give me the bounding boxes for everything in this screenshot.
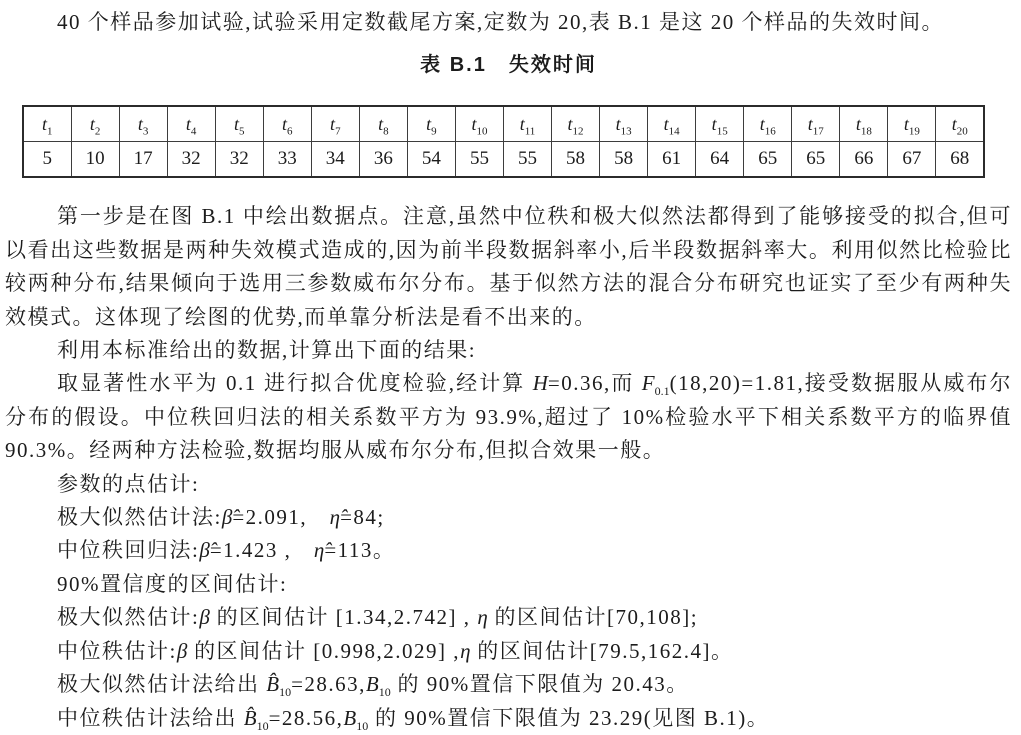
paragraph: 极大似然估计:β 的区间估计 [1.34,2.742] , η 的区间估计[70… bbox=[5, 601, 1012, 634]
paragraph: 参数的点估计: bbox=[5, 468, 1012, 501]
table-value-cell: 36 bbox=[359, 142, 407, 178]
table-header-cell: t18 bbox=[840, 106, 888, 142]
table-value-cell: 65 bbox=[792, 142, 840, 178]
table-header-cell: t19 bbox=[888, 106, 936, 142]
table-header-cell: t11 bbox=[503, 106, 551, 142]
table-header-cell: t3 bbox=[119, 106, 167, 142]
paragraph: 极大似然估计法:β̂=2.091, η̂=84; bbox=[5, 501, 1012, 534]
table-header-cell: t7 bbox=[311, 106, 359, 142]
table-value-cell: 68 bbox=[936, 142, 984, 178]
paragraph: 极大似然估计法给出 B̂10=28.63,B10 的 90%置信下限值为 20.… bbox=[5, 668, 1012, 701]
math-symbol: B10 bbox=[343, 706, 368, 730]
table-value-cell: 65 bbox=[744, 142, 792, 178]
table-value-cell: 61 bbox=[648, 142, 696, 178]
table-value-cell: 55 bbox=[455, 142, 503, 178]
paragraph: 取显著性水平为 0.1 进行拟合优度检验,经计算 H=0.36,而 F0.1(1… bbox=[5, 367, 1012, 467]
math-symbol: β̂ bbox=[199, 538, 209, 562]
table-header-cell: t1 bbox=[23, 106, 71, 142]
math-symbol: η̂ bbox=[314, 538, 324, 562]
table-value-cell: 64 bbox=[696, 142, 744, 178]
table-header-cell: t4 bbox=[167, 106, 215, 142]
table-value-cell: 55 bbox=[503, 142, 551, 178]
table-caption: 表 B.1 失效时间 bbox=[5, 52, 1012, 78]
table-header-cell: t15 bbox=[696, 106, 744, 142]
table-header-cell: t13 bbox=[600, 106, 648, 142]
math-symbol: B10 bbox=[366, 672, 391, 696]
math-symbol: η bbox=[460, 639, 470, 663]
paragraph: 利用本标准给出的数据,计算出下面的结果: bbox=[5, 334, 1012, 367]
math-symbol: β bbox=[199, 605, 209, 629]
failure-time-table: t1t2t3t4t5t6t7t8t9t10t11t12t13t14t15t16t… bbox=[22, 105, 985, 178]
paragraph: 90%置信度的区间估计: bbox=[5, 568, 1012, 601]
table-header-cell: t5 bbox=[215, 106, 263, 142]
table-header-cell: t8 bbox=[359, 106, 407, 142]
table-value-cell: 32 bbox=[167, 142, 215, 178]
paragraph: 中位秩估计:β 的区间估计 [0.998,2.029] ,η 的区间估计[79.… bbox=[5, 635, 1012, 668]
math-symbol: η̂ bbox=[330, 505, 340, 529]
table-value-cell: 67 bbox=[888, 142, 936, 178]
paragraph: 中位秩回归法:β̂=1.423 , η̂=113。 bbox=[5, 534, 1012, 567]
table-value-cell: 58 bbox=[600, 142, 648, 178]
table-value-cell: 58 bbox=[552, 142, 600, 178]
table-header-cell: t20 bbox=[936, 106, 984, 142]
math-symbol: β bbox=[177, 639, 187, 663]
math-symbol: η bbox=[477, 605, 487, 629]
table-header-cell: t16 bbox=[744, 106, 792, 142]
body-text: 第一步是在图 B.1 中绘出数据点。注意,虽然中位秩和极大似然法都得到了能够接受… bbox=[5, 200, 1012, 735]
math-symbol: β̂ bbox=[222, 505, 232, 529]
math-symbol: B̂10 bbox=[266, 672, 291, 696]
table-value-cell: 32 bbox=[215, 142, 263, 178]
table-value-cell: 17 bbox=[119, 142, 167, 178]
math-symbol: F0.1 bbox=[642, 371, 670, 395]
table-value-cell: 10 bbox=[71, 142, 119, 178]
table-header-cell: t17 bbox=[792, 106, 840, 142]
document-page: 40 个样品参加试验,试验采用定数截尾方案,定数为 20,表 B.1 是这 20… bbox=[0, 0, 1021, 735]
table-header-cell: t14 bbox=[648, 106, 696, 142]
table-value-cell: 5 bbox=[23, 142, 71, 178]
math-symbol: B̂10 bbox=[244, 706, 269, 730]
math-symbol: H bbox=[533, 371, 548, 395]
table-header-cell: t12 bbox=[552, 106, 600, 142]
paragraph: 中位秩估计法给出 B̂10=28.56,B10 的 90%置信下限值为 23.2… bbox=[5, 702, 1012, 735]
table-value-cell: 54 bbox=[407, 142, 455, 178]
table-value-cell: 34 bbox=[311, 142, 359, 178]
paragraph: 第一步是在图 B.1 中绘出数据点。注意,虽然中位秩和极大似然法都得到了能够接受… bbox=[5, 200, 1012, 334]
table-header-cell: t10 bbox=[455, 106, 503, 142]
table-value-row: 510173232333436545555585861646565666768 bbox=[23, 142, 984, 178]
intro-paragraph: 40 个样品参加试验,试验采用定数截尾方案,定数为 20,表 B.1 是这 20… bbox=[5, 6, 1012, 39]
table-value-cell: 66 bbox=[840, 142, 888, 178]
table-value-cell: 33 bbox=[263, 142, 311, 178]
table-header-cell: t2 bbox=[71, 106, 119, 142]
table-header-cell: t9 bbox=[407, 106, 455, 142]
table-header-row: t1t2t3t4t5t6t7t8t9t10t11t12t13t14t15t16t… bbox=[23, 106, 984, 142]
table-header-cell: t6 bbox=[263, 106, 311, 142]
